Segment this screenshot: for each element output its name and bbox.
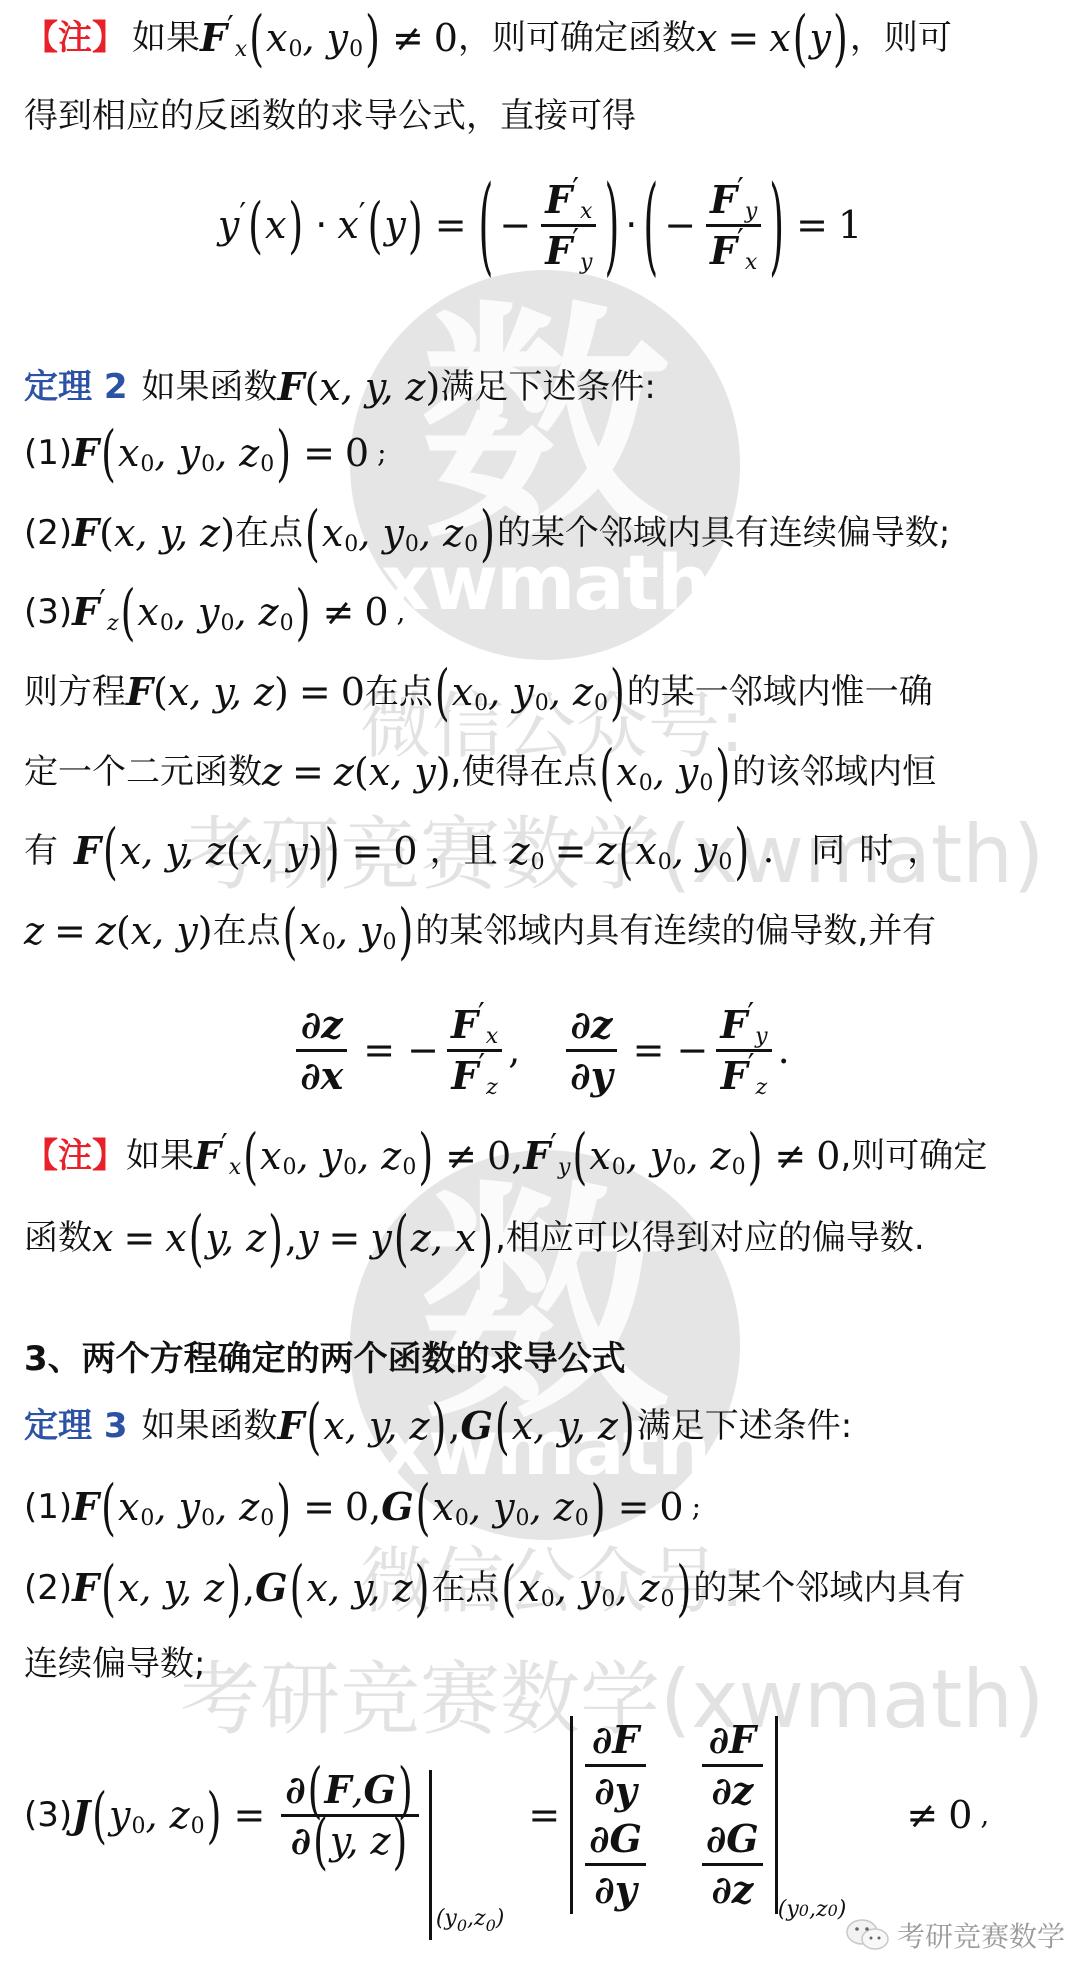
footer-logo-text: 考研竞赛数学 [897, 1915, 1065, 1955]
text: 的某一邻域内惟一确 [627, 672, 933, 712]
math-inline: (x0, y0, z0) [433, 672, 627, 712]
text: 如果函数 [142, 1406, 278, 1446]
math-inline: x=x(y, z),y=y(z, x) [92, 1218, 495, 1258]
text: ,则可确定 [840, 1136, 987, 1176]
text: 满足下述条件: [440, 367, 655, 407]
math-inline: (x0, y0, z0) [303, 513, 497, 553]
text: 则方程 [24, 672, 126, 712]
note-tag: 【注】 [24, 1136, 126, 1176]
math-inline: F(x, y, z(x, y))=0 [74, 831, 418, 871]
math-inline: F(x, y, z) [72, 513, 235, 553]
theorem2-formula: ∂z∂x =− F′xF′z, ∂z∂y =− F′yF′z. [0, 995, 1080, 1105]
note1-formula: y′(x)·x′(y)= (− F′xF′y )· (− F′yF′x )=1 [0, 170, 1080, 280]
text: ,相应可以得到对应的偏导数. [495, 1218, 925, 1258]
cond-label: (1) [24, 1487, 72, 1527]
math-inline: (x0, y0) [597, 752, 732, 792]
text: 在点 [365, 672, 433, 712]
note1-line1: 【注】 如果 F′x(x0, y0)≠0 ，则可确定函数 x=x(y) ，则可 [24, 18, 952, 58]
theorem2-cond2: (2) F(x, y, z) 在点 (x0, y0, z0) 的某个邻域内具有连… [24, 513, 950, 553]
note-tag: 【注】 [24, 18, 126, 58]
math-display: y′(x)·x′(y)= (− F′xF′y )· (− F′yF′x )=1 [218, 176, 862, 275]
math-inline: F(x0, y0, z0)=0; [72, 433, 386, 473]
theorem3-cond1: (1) F(x0, y0, z0)=0,G(x0, y0, z0)=0; [24, 1487, 701, 1527]
math-inline: F(x, y, z),G(x, y, z) [278, 1406, 637, 1446]
note2-line2: 函数 x=x(y, z),y=y(z, x) ,相应可以得到对应的偏导数. [24, 1218, 925, 1258]
math-display: ∂z∂x =− F′xF′z, ∂z∂y =− F′yF′z. [290, 1001, 789, 1100]
text: 的某个邻域内具有 [693, 1568, 965, 1608]
text: 在点 [431, 1568, 499, 1608]
math-inline: x=x(y) [696, 18, 850, 58]
text: ,使得在点 [451, 752, 598, 792]
math-inline: F′x(x0, y0)≠0 [200, 18, 458, 58]
math-inline: F(x, y, z),G(x, y, z) [72, 1568, 431, 1608]
cond-label: (1) [24, 433, 72, 473]
text: 在点 [235, 513, 303, 553]
text: 的该邻域内恒 [732, 752, 936, 792]
theorem3-cond2-cont: 连续偏导数; [24, 1644, 205, 1684]
math-inline: z=z(x, y) [24, 911, 213, 951]
text: 的某个邻域内具有连续偏导数; [497, 513, 950, 553]
text: 在点 [213, 911, 281, 951]
math-inline: z=z(x, y) [262, 752, 451, 792]
theorem2-cond1: (1) F(x0, y0, z0)=0; [24, 433, 387, 473]
cond-label: (3) [24, 592, 72, 632]
theorem2-conclusion-3: 有 F(x, y, z(x, y))=0 ，且 z0=z(x0, y0) ．同时… [24, 831, 955, 871]
text: 定一个二元函数 [24, 752, 262, 792]
text: ，则可 [850, 18, 952, 58]
math-inline: F(x0, y0, z0)=0,G(x0, y0, z0)=0; [72, 1487, 701, 1527]
text: ，则可确定函数 [458, 18, 696, 58]
cond-label: (2) [24, 1568, 72, 1608]
math-inline: z0=z(x0, y0) [510, 831, 752, 871]
text: 如果函数 [142, 367, 278, 407]
theorem3-cond2: (2) F(x, y, z),G(x, y, z) 在点 (x0, y0, z0… [24, 1568, 965, 1608]
theorem2-intro: 定理 2 如果函数 F(x, y, z) 满足下述条件: [24, 367, 656, 407]
math-inline: (x0, y0, z0) [499, 1568, 693, 1608]
jacobian-determinant: ∂F∂y ∂F∂z ∂G∂y ∂G∂z [570, 1716, 778, 1914]
theorem-tag: 定理 2 [24, 367, 128, 407]
text: 连续偏导数; [24, 1644, 205, 1684]
cond-label: (2) [24, 513, 72, 553]
text: 得到相应的反函数的求导公式，直接可得 [24, 96, 636, 136]
footer-logo: 考研竞赛数学 [845, 1915, 1065, 1955]
math-inline: F(x, y, z) [278, 367, 441, 407]
theorem2-conclusion-1: 则方程 F(x, y, z)=0 在点 (x0, y0, z0) 的某一邻域内惟… [24, 672, 933, 712]
note2-line1: 【注】 如果 F′x(x0, y0, z0)≠0,F′y(x0, y0, z0)… [24, 1136, 987, 1176]
theorem2-conclusion-2: 定一个二元函数 z=z(x, y) ,使得在点 (x0, y0) 的该邻域内恒 [24, 752, 936, 792]
text: 函数 [24, 1218, 92, 1258]
text: 如果 [126, 1136, 194, 1176]
text: ．同时， [763, 831, 955, 871]
theorem-tag: 定理 3 [24, 1406, 128, 1446]
text: 满足下述条件: [637, 1406, 852, 1446]
text: 的某邻域内具有连续的偏导数,并有 [415, 911, 936, 951]
cond-label: (3) [24, 1795, 72, 1835]
math-display: J(y0, z0)= ∂(F, G)∂(y, z) (y0,z0) = ∂F∂y… [72, 1716, 989, 1914]
note1-line2: 得到相应的反函数的求导公式，直接可得 [24, 96, 636, 136]
math-inline: F(x, y, z)=0 [126, 672, 365, 712]
text: 如果 [132, 18, 200, 58]
wechat-icon [845, 1918, 891, 1952]
theorem2-conclusion-4: z=z(x, y) 在点 (x0, y0) 的某邻域内具有连续的偏导数,并有 [24, 911, 936, 951]
theorem2-cond3: (3) F′z(x0, y0, z0)≠0, [24, 592, 405, 632]
theorem3-cond3: (3) J(y0, z0)= ∂(F, G)∂(y, z) (y0,z0) = … [24, 1700, 989, 1930]
text: ，且 [430, 831, 498, 871]
math-inline: (x0, y0) [281, 911, 416, 951]
math-inline: F′x(x0, y0, z0)≠0,F′y(x0, y0, z0)≠0 [194, 1136, 840, 1176]
section-heading: 3、两个方程确定的两个函数的求导公式 [24, 1339, 626, 1379]
text: 有 [24, 831, 58, 871]
theorem3-intro: 定理 3 如果函数 F(x, y, z),G(x, y, z) 满足下述条件: [24, 1406, 852, 1446]
math-inline: F′z(x0, y0, z0)≠0, [72, 592, 405, 632]
